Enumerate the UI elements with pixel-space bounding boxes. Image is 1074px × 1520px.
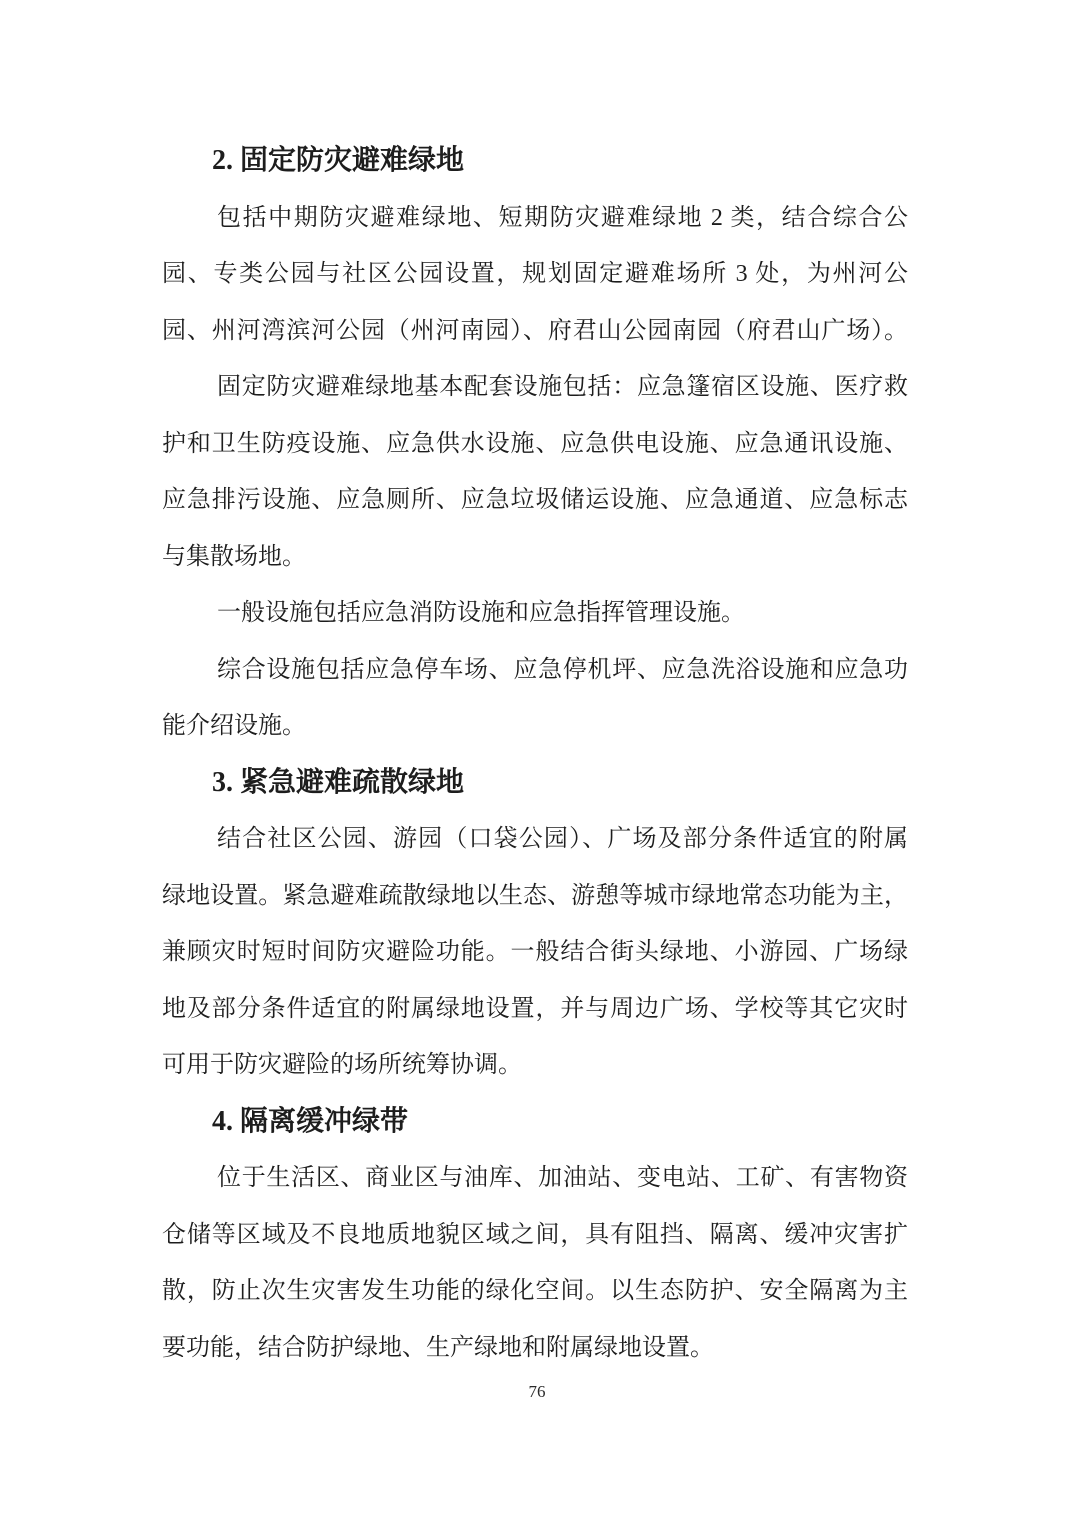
paragraph-line: 可用于防灾避险的场所统筹协调。 bbox=[162, 1037, 908, 1094]
paragraph-line: 结合社区公园、游园（口袋公园）、广场及部分条件适宜的附属 bbox=[162, 811, 908, 868]
paragraph-line: 园、专类公园与社区公园设置，规划固定避难场所 3 处，为州河公 bbox=[162, 246, 908, 303]
paragraph-line: 综合设施包括应急停车场、应急停机坪、应急洗浴设施和应急功 bbox=[162, 642, 908, 699]
paragraph-line: 一般设施包括应急消防设施和应急指挥管理设施。 bbox=[162, 585, 908, 642]
paragraph-line: 应急排污设施、应急厕所、应急垃圾储运设施、应急通道、应急标志 bbox=[162, 472, 908, 529]
paragraph-line: 包括中期防灾避难绿地、短期防灾避难绿地 2 类，结合综合公 bbox=[162, 190, 908, 247]
paragraph-line: 散，防止次生灾害发生功能的绿化空间。以生态防护、安全隔离为主 bbox=[162, 1263, 908, 1320]
document-content: 2. 固定防灾避难绿地 包括中期防灾避难绿地、短期防灾避难绿地 2 类，结合综合… bbox=[162, 133, 908, 1376]
paragraph-line: 地及部分条件适宜的附属绿地设置，并与周边广场、学校等其它灾时 bbox=[162, 981, 908, 1038]
paragraph-line: 园、州河湾滨河公园（州河南园）、府君山公园南园（府君山广场）。 bbox=[162, 303, 908, 360]
heading-4-isolation-buffer-green-belt: 4. 隔离缓冲绿带 bbox=[162, 1094, 908, 1151]
paragraph-line: 绿地设置。紧急避难疏散绿地以生态、游憩等城市绿地常态功能为主， bbox=[162, 868, 908, 925]
document-page: 2. 固定防灾避难绿地 包括中期防灾避难绿地、短期防灾避难绿地 2 类，结合综合… bbox=[0, 0, 1074, 1520]
paragraph-line: 位于生活区、商业区与油库、加油站、变电站、工矿、有害物资 bbox=[162, 1150, 908, 1207]
paragraph-line: 能介绍设施。 bbox=[162, 698, 908, 755]
paragraph-line: 与集散场地。 bbox=[162, 529, 908, 586]
paragraph-line: 仓储等区域及不良地质地貌区域之间，具有阻挡、隔离、缓冲灾害扩 bbox=[162, 1207, 908, 1264]
page-number: 76 bbox=[0, 1382, 1074, 1402]
paragraph-line: 兼顾灾时短时间防灾避险功能。一般结合街头绿地、小游园、广场绿 bbox=[162, 924, 908, 981]
paragraph-line: 固定防灾避难绿地基本配套设施包括：应急篷宿区设施、医疗救 bbox=[162, 359, 908, 416]
paragraph-line: 护和卫生防疫设施、应急供水设施、应急供电设施、应急通讯设施、 bbox=[162, 416, 908, 473]
heading-2-fixed-shelter-green-space: 2. 固定防灾避难绿地 bbox=[162, 133, 908, 190]
paragraph-line: 要功能，结合防护绿地、生产绿地和附属绿地设置。 bbox=[162, 1320, 908, 1377]
heading-3-emergency-evacuation-green-space: 3. 紧急避难疏散绿地 bbox=[162, 755, 908, 812]
